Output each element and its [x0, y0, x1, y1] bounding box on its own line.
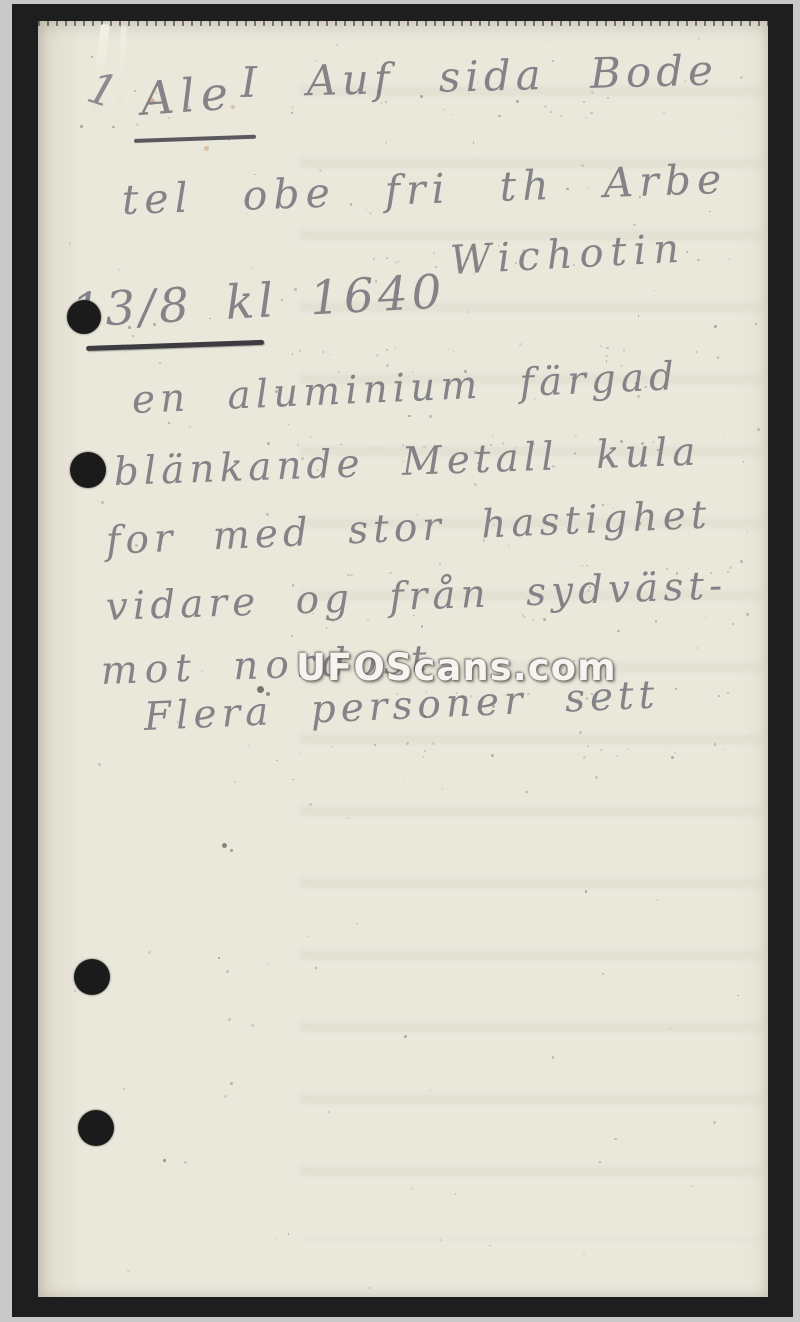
ink-speck: [545, 39, 547, 41]
ink-speck: [637, 395, 640, 398]
ink-speck: [456, 692, 457, 693]
ink-speck: [389, 572, 392, 575]
ink-speck: [493, 524, 495, 526]
ink-speck: [423, 756, 425, 758]
ink-speck: [134, 90, 136, 92]
ink-speck: [346, 817, 348, 819]
scanned-page: 1 Ale I Auf sida Bode tel obe fri th Arb…: [0, 0, 800, 1322]
ink-speck: [222, 843, 227, 848]
ink-speck: [669, 748, 670, 749]
ink-speck: [246, 213, 248, 215]
ink-speck: [347, 574, 349, 576]
punch-hole: [67, 300, 101, 334]
ink-speck: [478, 701, 480, 703]
ink-speck: [640, 263, 642, 265]
ink-speck: [429, 1089, 431, 1091]
ink-speck: [587, 589, 590, 592]
ink-speck: [709, 211, 710, 212]
ink-speck: [579, 731, 582, 734]
ink-speck: [433, 252, 435, 254]
ink-speck: [381, 102, 382, 103]
ink-speck: [623, 349, 625, 351]
ink-speck: [614, 1138, 616, 1140]
ink-speck: [544, 105, 547, 108]
ink-speck: [586, 697, 588, 699]
ink-speck: [155, 91, 158, 94]
ink-speck: [477, 81, 480, 84]
ink-speck: [299, 350, 301, 352]
ink-speck: [128, 326, 131, 329]
ink-speck: [369, 1287, 371, 1289]
ink-speck: [561, 567, 563, 569]
ink-speck: [729, 566, 731, 568]
ink-speck: [666, 568, 668, 570]
watermark-text: UFOScans.com: [296, 646, 617, 689]
ink-speck: [740, 113, 741, 114]
ink-speck: [595, 776, 598, 779]
ink-speck: [705, 617, 706, 618]
ink-speck: [477, 462, 479, 464]
ink-speck: [552, 1056, 554, 1058]
ink-speck: [266, 692, 270, 696]
ink-speck: [713, 1121, 715, 1123]
ink-speck: [132, 335, 134, 337]
ink-speck: [737, 995, 738, 996]
handwritten-heading: Ale: [139, 66, 236, 126]
punch-hole: [74, 959, 110, 995]
ink-speck: [607, 97, 609, 99]
ink-speck: [423, 446, 425, 448]
ink-speck: [552, 60, 554, 62]
ink-speck: [408, 415, 411, 418]
ink-speck: [508, 545, 510, 547]
ink-speck: [532, 619, 534, 621]
ink-speck: [502, 442, 504, 444]
ink-speck: [292, 353, 293, 354]
ink-speck: [201, 670, 204, 673]
ink-speck: [385, 141, 388, 144]
ink-speck: [722, 131, 723, 132]
ink-speck: [675, 688, 677, 690]
ink-speck: [490, 444, 492, 446]
ink-speck: [168, 422, 170, 424]
ink-speck: [600, 749, 602, 751]
ink-speck: [315, 967, 317, 969]
ink-speck: [574, 452, 577, 455]
ink-speck: [230, 1082, 233, 1085]
ink-speck: [697, 259, 700, 262]
ink-speck: [474, 483, 477, 486]
ink-speck: [188, 106, 190, 108]
ink-speck: [515, 262, 517, 264]
ink-speck: [294, 288, 297, 291]
ink-speck: [327, 431, 329, 433]
ink-speck: [491, 754, 494, 757]
ink-speck: [386, 364, 389, 367]
ink-speck: [589, 586, 591, 588]
ink-speck: [411, 1187, 414, 1190]
ink-speck: [718, 695, 719, 696]
scan-edge-fringe: [38, 20, 768, 26]
ink-speck: [276, 1238, 277, 1239]
ink-speck: [224, 1095, 227, 1098]
ink-speck: [583, 756, 586, 759]
ink-speck: [228, 1018, 231, 1021]
ink-speck: [522, 249, 525, 252]
ink-speck: [740, 560, 743, 563]
ink-speck: [267, 442, 270, 445]
ink-speck: [74, 990, 76, 992]
ink-speck: [464, 370, 467, 373]
ink-speck: [397, 292, 399, 294]
ink-speck: [336, 44, 338, 46]
ink-speck: [319, 169, 321, 171]
ink-speck: [498, 245, 499, 246]
ink-speck: [356, 923, 357, 924]
ink-speck: [600, 345, 602, 347]
ink-speck: [184, 1161, 187, 1164]
ink-speck: [420, 95, 423, 98]
ink-speck: [153, 323, 156, 326]
ink-speck: [543, 618, 546, 621]
ink-speck: [492, 705, 494, 707]
punch-hole: [78, 1110, 114, 1146]
ink-speck: [394, 348, 395, 349]
ink-speck: [424, 750, 426, 752]
ink-speck: [226, 970, 229, 973]
ink-speck: [740, 76, 742, 78]
ink-speck: [230, 849, 233, 852]
ink-speck: [252, 267, 254, 269]
ink-speck: [516, 100, 519, 103]
ink-speck: [587, 745, 589, 747]
ink-speck: [297, 444, 299, 446]
ink-speck: [652, 441, 654, 443]
ink-speck: [386, 257, 388, 259]
ink-speck: [291, 112, 292, 113]
ink-speck: [717, 356, 719, 358]
ink-speck: [617, 630, 619, 632]
ink-speck: [606, 360, 607, 361]
ink-speck: [552, 465, 555, 468]
ink-speck: [328, 1111, 330, 1113]
ink-speck: [367, 619, 368, 620]
ink-speck: [406, 742, 409, 745]
ink-speck: [424, 715, 425, 716]
ink-speck: [218, 957, 220, 959]
ink-speck: [437, 257, 438, 258]
ink-speck: [525, 791, 527, 793]
ink-speck: [266, 513, 268, 515]
ink-speck: [591, 91, 594, 94]
ink-speck: [467, 258, 469, 260]
ink-speck: [301, 457, 304, 460]
ink-speck: [412, 371, 413, 372]
punch-hole: [70, 452, 106, 488]
ink-speck: [671, 756, 674, 759]
ink-speck: [377, 90, 380, 93]
ink-speck: [177, 721, 179, 723]
ink-speck: [163, 1159, 166, 1162]
ink-speck: [168, 117, 170, 119]
ink-speck: [527, 693, 529, 695]
ink-speck: [257, 686, 264, 693]
ink-speck: [123, 1088, 125, 1090]
ink-speck: [644, 386, 646, 388]
ink-speck: [533, 443, 534, 444]
ink-speck: [639, 522, 641, 524]
ink-speck: [573, 264, 575, 266]
ink-speck: [620, 440, 623, 443]
ink-speck: [684, 80, 687, 83]
ink-speck: [440, 1239, 442, 1241]
ink-speck: [696, 351, 698, 353]
ink-speck: [581, 164, 584, 167]
ink-speck: [474, 451, 477, 454]
ink-speck: [727, 571, 729, 573]
ink-speck: [586, 565, 588, 567]
ink-speck: [602, 504, 604, 506]
ink-speck: [396, 693, 398, 695]
ink-speck: [519, 343, 522, 346]
ink-speck: [435, 266, 437, 268]
ink-speck: [483, 539, 485, 541]
rust-stain: [204, 146, 209, 151]
ink-speck: [421, 625, 423, 627]
ink-speck: [473, 142, 474, 143]
ink-speck: [127, 1270, 129, 1272]
ink-speck: [112, 126, 115, 129]
ink-speck: [202, 371, 203, 372]
ink-speck: [275, 390, 278, 393]
ink-speck: [260, 858, 261, 859]
ink-speck: [432, 742, 435, 745]
ink-speck: [605, 355, 608, 358]
ink-speck: [656, 899, 659, 902]
ink-speck: [135, 544, 137, 546]
ink-speck: [450, 696, 452, 698]
